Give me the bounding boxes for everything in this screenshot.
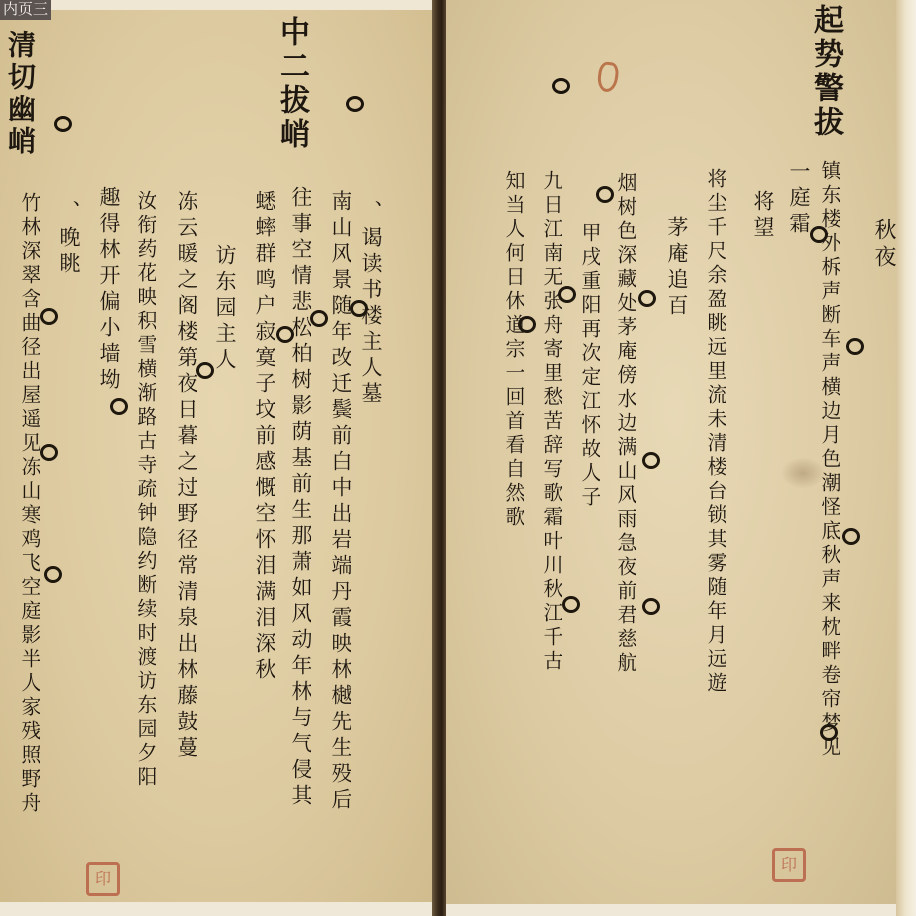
circle-mark-icon [562,596,580,613]
page-bottom-edge [0,902,438,916]
circle-mark-icon [350,300,368,317]
circle-mark-icon [310,310,328,327]
circle-mark-icon [558,286,576,303]
circle-mark-icon [820,724,838,741]
poem-title-column: 、晚眺 [58,200,79,278]
page-label: 内页三 [0,0,51,20]
circle-mark-icon [276,326,294,343]
seal-stamp-icon: 印 [86,862,120,896]
verse-column: 烟树色深藏处茅庵傍水边满山风雨急夜前君慈航 [616,172,636,792]
circle-mark-icon [552,78,570,94]
circle-mark-icon [518,316,536,333]
verse-column: 往事空情悲松柏树影荫基前生那萧如风动年林与气侵其 [290,186,311,886]
verse-column: 冻云暖之阁楼第夜日暮之过野径常清泉出林藤鼓蔓 [176,190,197,880]
verse-column: 知当人何日休道宗一回首看自然歌 [504,170,524,630]
circle-mark-icon [642,452,660,469]
left-page: 中二拔峭 、谒读书楼主人墓 南山风景随年改迁鬓前白中出岩端丹霞映林樾先生殁后 往… [0,0,438,916]
page-bottom-edge [446,904,896,916]
verse-column: 镇东楼外柝声断车声横边月色潮怪底秋声来枕畔卷帘梦见 [820,160,840,880]
circle-mark-icon [40,308,58,325]
red-annotation-mark [596,61,620,93]
left-title-column: 中二拔峭 [276,16,306,152]
book-gutter [432,0,446,916]
circle-mark-icon [40,444,58,461]
circle-mark-icon [642,598,660,615]
page-fore-edge [896,0,916,916]
verse-column: 趣得林开偏小墙坳 [98,186,119,394]
circle-mark-icon [54,116,72,132]
circle-mark-icon [596,186,614,203]
verse-column: 蟋蟀群鸣户寂寞子坟前感慨空怀泪满泪深秋 [254,190,275,750]
page-top-edge [0,0,438,10]
verse-column: 汝衔药花映积雪横渐路古寺疏钟隐约断续时渡访东园夕阳 [136,190,156,880]
manuscript-spread: 中二拔峭 、谒读书楼主人墓 南山风景随年改迁鬓前白中出岩端丹霞映林樾先生殁后 往… [0,0,916,916]
right-page: 起势警拔 秋夜 镇东楼外柝声断车声横边月色潮怪底秋声来枕畔卷帘梦见 一庭霜 将望… [446,0,902,916]
verse-column: 南山风景随年改迁鬓前白中出岩端丹霞映林樾先生殁后 [330,190,351,890]
seal-stamp-icon: 印 [772,848,806,882]
poem-title-column: 秋夜 [872,218,894,272]
poem-title-column: 将望 [752,190,773,242]
poem-title-column: 茅庵追百 [666,216,687,320]
verse-column: 九日江南无张舟寄里愁苦辞写歌霜叶川秋江千古 [542,170,562,870]
circle-mark-icon [44,566,62,583]
verse-column: 竹林深翠含曲径出屋遥见冻山寒鸡飞空庭影半人家残照野舟 [20,192,40,882]
poem-title-column: 访东园主人 [214,244,235,374]
circle-mark-icon [846,338,864,355]
circle-mark-icon [110,398,128,415]
circle-mark-icon [810,226,828,243]
circle-mark-icon [638,290,656,307]
circle-mark-icon [346,96,364,112]
circle-mark-icon [842,528,860,545]
left-comment-column: 清切幽峭 [6,30,34,158]
verse-column: 一庭霜 [788,160,809,238]
paper-stain [782,458,824,488]
circle-mark-icon [196,362,214,379]
poem-title-column: 甲戌重阳再次定江怀故人子 [580,222,600,562]
verse-column: 将尘千尺余盈眺远里流未清楼台锁其雾随年月远遊 [706,168,726,728]
right-title-column: 起势警拔 [810,4,840,140]
